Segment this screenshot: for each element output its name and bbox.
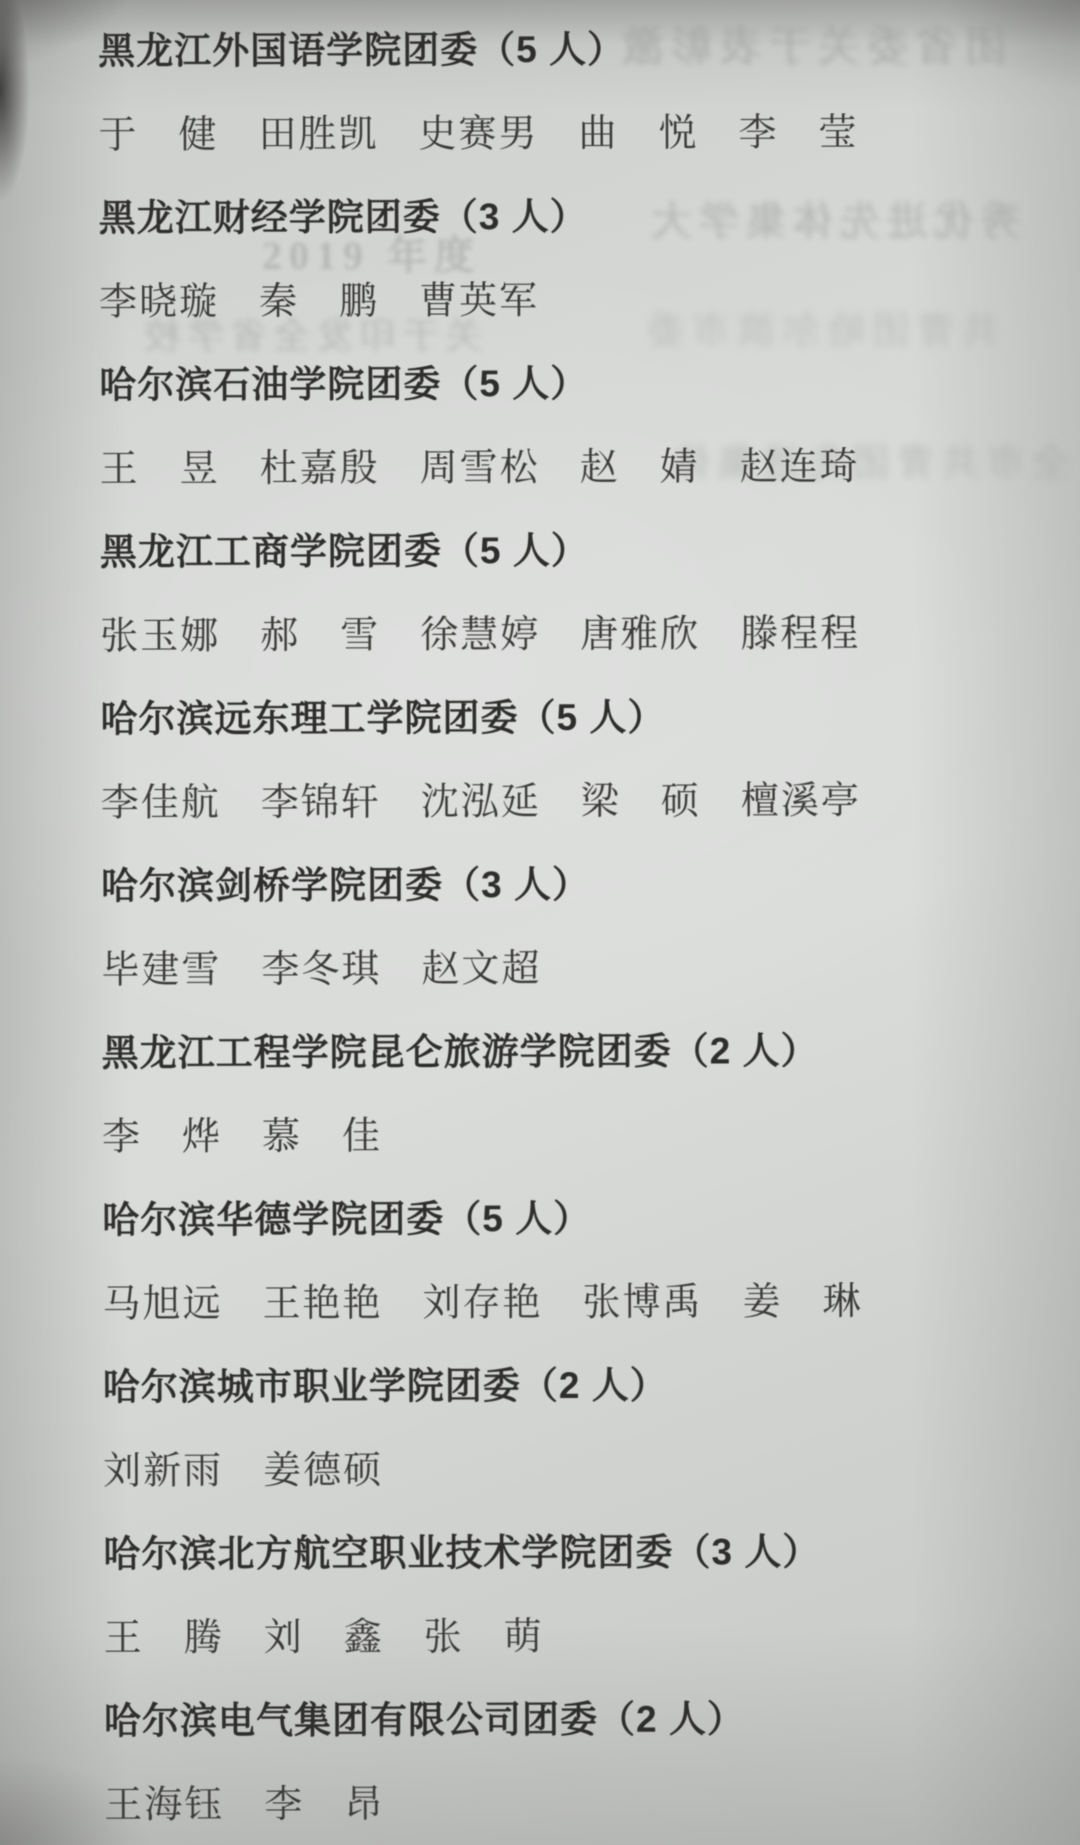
roster-list: 黑龙江外国语学院团委（5 人） 于 健 田胜凯 史赛男 曲 悦 李 莹 黑龙江财…: [0, 0, 1080, 1843]
section-heading: 黑龙江工程学院昆仑旅游学院团委（2 人）: [102, 1004, 1080, 1091]
section-members: 于 健 田胜凯 史赛男 曲 悦 李 莹: [98, 86, 1080, 173]
section-heading: 黑龙江外国语学院团委（5 人）: [98, 2, 1080, 89]
section-members: 马旭远 王艳艳 刘存艳 张博禹 姜 琳: [102, 1255, 1080, 1342]
section-members: 王海钰 李 昂: [104, 1756, 1080, 1843]
section-heading: 黑龙江财经学院团委（3 人）: [99, 169, 1080, 256]
section-heading: 哈尔滨城市职业学院团委（2 人）: [103, 1338, 1080, 1425]
section-heading: 哈尔滨华德学院团委（5 人）: [102, 1171, 1080, 1258]
section-members: 张玉娜 郝 雪 徐慧婷 唐雅欣 滕程程: [100, 587, 1080, 674]
section-members: 李佳航 李锦轩 沈泓延 梁 硕 檀溪亭: [101, 754, 1080, 841]
section-heading: 哈尔滨剑桥学院团委（3 人）: [101, 837, 1080, 924]
section-members: 王 昱 杜嘉殷 周雪松 赵 婧 赵连琦: [99, 420, 1080, 507]
section-members: 刘新雨 姜德硕: [103, 1422, 1080, 1509]
section-members: 王 腾 刘 鑫 张 萌: [104, 1589, 1080, 1676]
section-heading: 哈尔滨北方航空职业技术学院团委（3 人）: [103, 1505, 1080, 1592]
section-heading: 哈尔滨石油学院团委（5 人）: [99, 336, 1080, 423]
photographed-document-page: 团省委关于表彰激 秀优进先体集学大 2019 年度 关于印发全省学校 共青团哈尔…: [0, 0, 1080, 1845]
section-heading: 哈尔滨电气集团有限公司团委（2 人）: [104, 1672, 1080, 1759]
section-members: 毕建雪 李冬琪 赵文超: [101, 921, 1080, 1008]
section-members: 李 烨 慕 佳: [102, 1088, 1080, 1175]
section-members: 李晓璇 秦 鹏 曹英军: [99, 253, 1080, 340]
section-heading: 哈尔滨远东理工学院团委（5 人）: [100, 670, 1080, 757]
section-heading: 黑龙江工商学院团委（5 人）: [100, 503, 1080, 590]
